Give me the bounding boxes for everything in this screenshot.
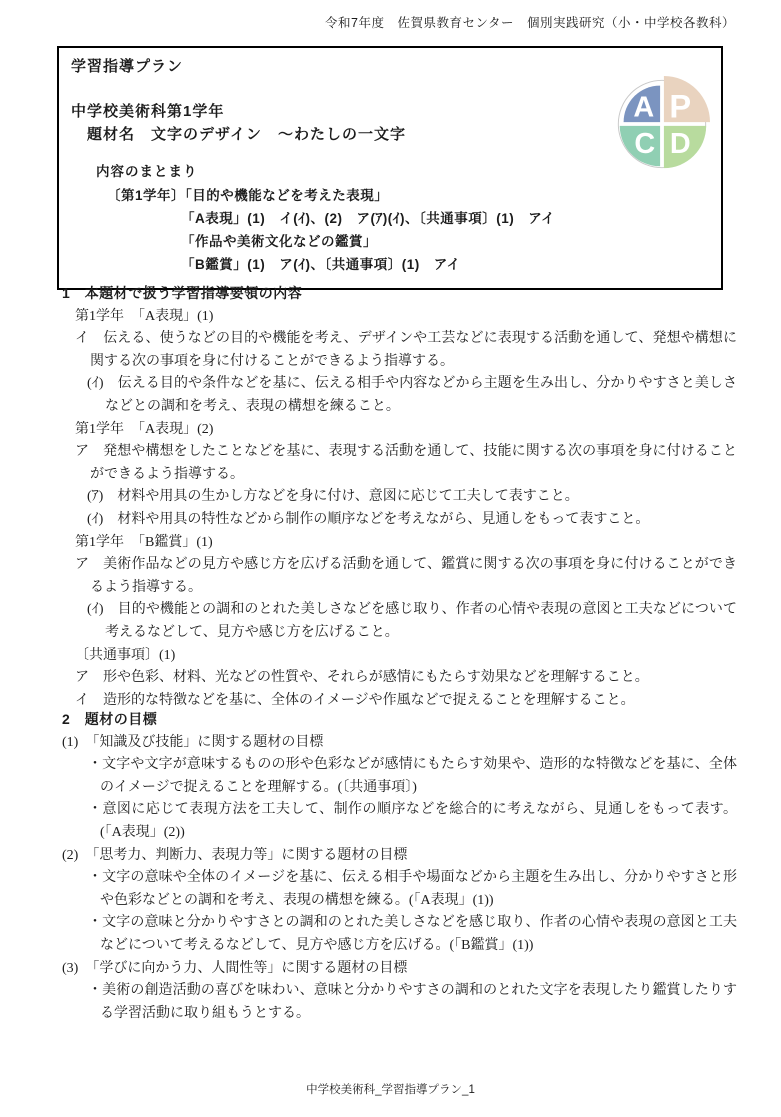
curriculum-line: ア 美術作品などの見方や感じ方を広げる活動を通して、鑑賞に関する次の事項を身に付… — [57, 554, 737, 599]
apcd-letter-p: P — [669, 87, 691, 124]
curriculum-line: (ｲ) 目的や機能との調和のとれた美しさなどを感じ取り、作者の心情や表現の意図と… — [57, 599, 737, 644]
curriculum-line: (ｲ) 材料や用具の特性などから制作の順序などを考えながら、見通しをもって表すこ… — [57, 509, 737, 532]
content-unit-line: 「B鑑賞」(1) ア(ｲ)、〔共通事項〕(1) アイ — [71, 253, 709, 276]
goal-line: (2) 「思考力、判断力、表現力等」に関する題材の目標 — [57, 845, 737, 868]
page-header: 令和7年度 佐賀県教育センター 個別実践研究（小・中学校各教科） — [325, 13, 735, 31]
curriculum-line: (ｲ) 伝える目的や条件などを基に、伝える相手や内容などから主題を生み出し、分か… — [57, 373, 737, 418]
curriculum-line: 第1学年 「A表現」(1) — [57, 306, 737, 329]
document-page: 令和7年度 佐賀県教育センター 個別実践研究（小・中学校各教科） 学習指導プラン… — [0, 0, 781, 1117]
content-unit-line: 「A表現」(1) イ(ｲ)、(2) ア(ｱ)(ｲ)、〔共通事項〕(1) アイ — [71, 207, 709, 230]
page-footer: 中学校美術科_学習指導プラン_1 — [0, 1081, 781, 1097]
section-material-goals: 2 題材の目標 (1) 「知識及び技能」に関する題材の目標・文字や文字が意味する… — [57, 708, 737, 1025]
curriculum-line: ア 発想や構想をしたことなどを基に、表現する活動を通して、技能に関する次の事項を… — [57, 441, 737, 486]
goal-line: ・文字の意味や全体のイメージを基に、伝える相手や場面などから主題を生み出し、分か… — [57, 867, 737, 912]
section-curriculum-content: 1 本題材で扱う学習指導要領の内容 第1学年 「A表現」(1)イ 伝える、使うな… — [57, 282, 737, 712]
curriculum-line: (ｱ) 材料や用具の生かし方などを身に付け、意図に応じて工夫して表すこと。 — [57, 486, 737, 509]
curriculum-line: イ 伝える、使うなどの目的や機能を考え、デザインや工芸などに表現する活動を通して… — [57, 328, 737, 373]
curriculum-line: 第1学年 「A表現」(2) — [57, 419, 737, 442]
curriculum-line: 第1学年 「B鑑賞」(1) — [57, 532, 737, 555]
curriculum-line: 〔共通事項〕(1) — [57, 645, 737, 668]
goal-line: ・文字の意味と分かりやすさとの調和のとれた美しさなどを感じ取り、作者の心情や表現… — [57, 912, 737, 957]
section1-lines: 第1学年 「A表現」(1)イ 伝える、使うなどの目的や機能を考え、デザインや工芸… — [57, 306, 737, 713]
curriculum-line: ア 形や色彩、材料、光などの性質や、それらが感情にもたらす効果などを理解すること… — [57, 667, 737, 690]
apcd-cycle-icon: A P C D — [614, 76, 710, 172]
goal-line: ・文字や文字が意味するものの形や色彩などが感情にもたらす効果や、造形的な特徴など… — [57, 754, 737, 799]
goal-line: ・美術の創造活動の喜びを味わい、意味と分かりやすさの調和のとれた文字を表現したり… — [57, 980, 737, 1025]
plan-header-box: 学習指導プラン 中学校美術科第1学年 題材名 文字のデザイン ～わたしの一文字 … — [57, 46, 723, 290]
section2-lines: (1) 「知識及び技能」に関する題材の目標・文字や文字が意味するものの形や色彩な… — [57, 732, 737, 1026]
goal-line: (3) 「学びに向かう力、人間性等」に関する題材の目標 — [57, 958, 737, 981]
apcd-letter-a: A — [633, 91, 654, 123]
apcd-letter-c: C — [634, 128, 655, 160]
content-unit-lines: 〔第1学年〕「目的や機能などを考えた表現」「A表現」(1) イ(ｲ)、(2) ア… — [71, 184, 709, 276]
goal-line: (1) 「知識及び技能」に関する題材の目標 — [57, 732, 737, 755]
plan-title: 学習指導プラン — [71, 55, 709, 76]
content-unit-line: 「作品や美術文化などの鑑賞」 — [71, 230, 709, 253]
content-unit-line: 〔第1学年〕「目的や機能などを考えた表現」 — [71, 184, 709, 207]
section1-heading: 1 本題材で扱う学習指導要領の内容 — [62, 282, 737, 305]
section2-heading: 2 題材の目標 — [62, 708, 737, 731]
goal-line: ・意図に応じて表現方法を工夫して、制作の順序などを総合的に考えながら、見通しをも… — [57, 799, 737, 844]
apcd-letter-d: D — [670, 128, 691, 160]
